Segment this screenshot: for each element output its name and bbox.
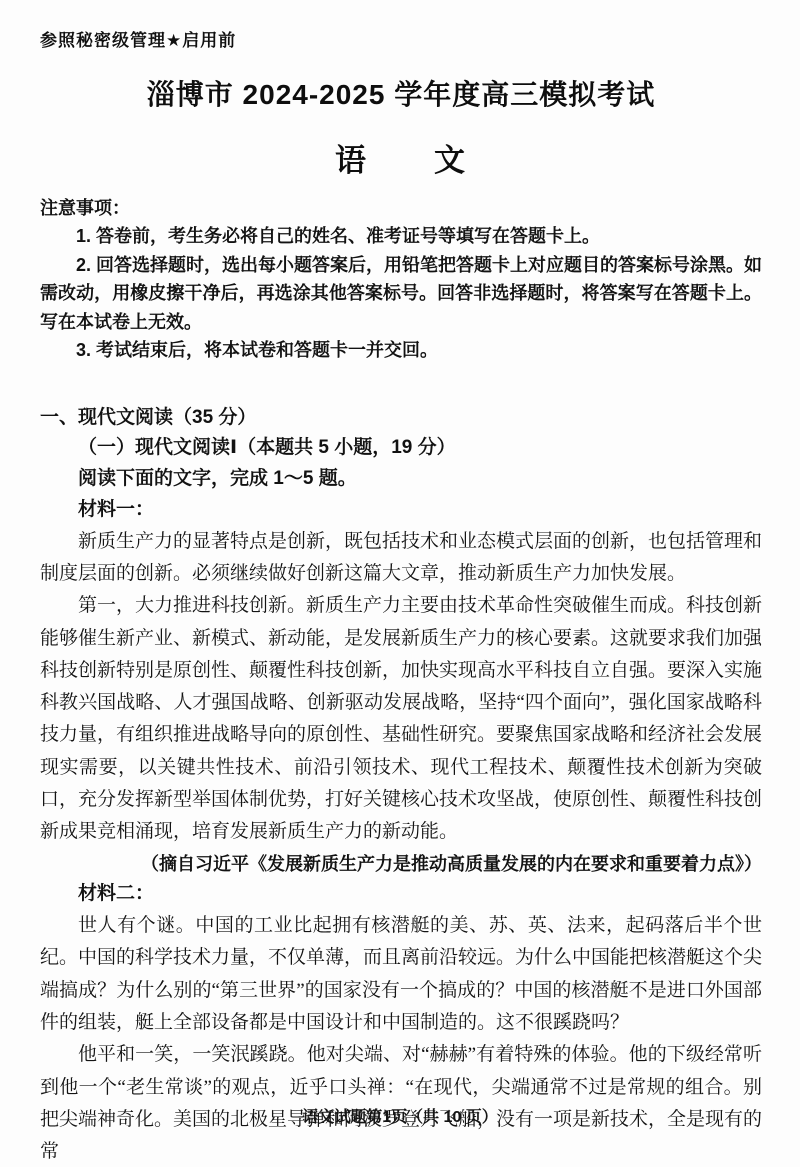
security-classification-label: 参照秘密级管理★启用前	[40, 26, 762, 51]
material-one-citation: （摘自习近平《发展新质生产力是推动高质量发展的内在要求和重要着力点》）	[40, 849, 762, 880]
subject-title: 语 文	[40, 135, 762, 180]
notice-block: 注意事项： 1. 答卷前，考生务必将自己的姓名、准考证号等填写在答题卡上。 2.…	[40, 194, 762, 365]
section-heading: 一、现代文阅读（35 分）	[40, 403, 762, 434]
material-one-paragraph-1: 新质生产力的显著特点是创新，既包括技术和业态模式层面的创新，也包括管理和制度层面…	[40, 526, 762, 591]
notice-item-3: 3. 考试结束后，将本试卷和答题卡一并交回。	[40, 336, 762, 364]
material-two-paragraph-1: 世人有个谜。中国的工业比起拥有核潜艇的美、苏、英、法来，起码落后半个世纪。中国的…	[40, 910, 762, 1039]
reading-instruction: 阅读下面的文字，完成 1～5 题。	[40, 464, 762, 495]
exam-paper-page: 参照秘密级管理★启用前 淄博市 2024-2025 学年度高三模拟考试 语 文 …	[0, 0, 800, 1167]
notice-item-1: 1. 答卷前，考生务必将自己的姓名、准考证号等填写在答题卡上。	[40, 222, 762, 250]
material-one-paragraph-2: 第一，大力推进科技创新。新质生产力主要由技术革命性突破催生而成。科技创新能够催生…	[40, 590, 762, 848]
notice-heading: 注意事项：	[40, 194, 762, 222]
exam-title: 淄博市 2024-2025 学年度高三模拟考试	[40, 73, 762, 113]
notice-item-2: 2. 回答选择题时，选出每小题答案后，用铅笔把答题卡上对应题目的答案标号涂黑。如…	[40, 251, 762, 336]
material-two-label: 材料二：	[40, 879, 762, 910]
material-one-label: 材料一：	[40, 495, 762, 526]
subsection-heading: （一）现代文阅读Ⅰ（本题共 5 小题，19 分）	[40, 433, 762, 464]
page-footer: 语文试题第1页（共 10 页）	[0, 1104, 800, 1127]
reading-section: 一、现代文阅读（35 分） （一）现代文阅读Ⅰ（本题共 5 小题，19 分） 阅…	[40, 403, 762, 1167]
